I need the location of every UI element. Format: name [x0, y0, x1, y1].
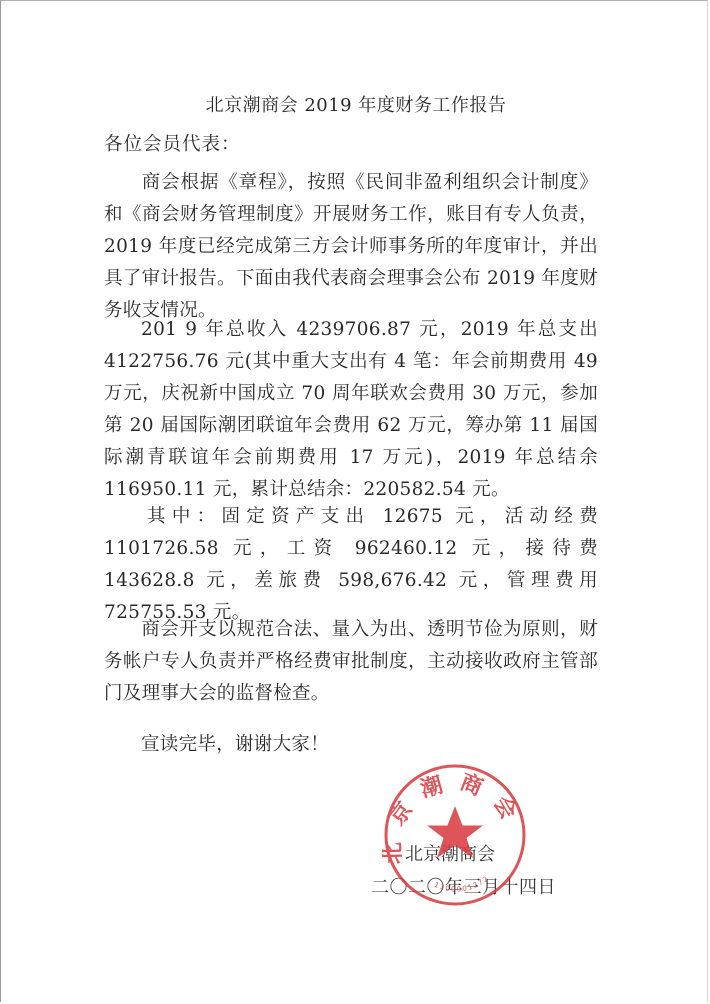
paragraph-text: 宣读完毕，谢谢大家！ — [141, 734, 329, 755]
stamp-serial: 1100001272 — [433, 874, 491, 894]
paragraph-text: 其中：固定资产支出 12675 元，活动经费 1101726.58 元，工资 9… — [104, 506, 598, 623]
paragraph-income-expense: 201 9 年总收入 4239706.87 元，2019 年总支出 412275… — [104, 314, 598, 506]
paragraph-intro: 商会根据《章程》，按照《民间非盈利组织会计制度》和《商会财务管理制度》开展财务工… — [104, 167, 598, 327]
paragraph-breakdown: 其中：固定资产支出 12675 元，活动经费 1101726.58 元，工资 9… — [104, 501, 598, 629]
svg-text:1100001272: 1100001272 — [433, 874, 491, 894]
official-seal-icon: 北京潮商会 1100001272 — [382, 762, 528, 908]
document-page: 北京潮商会 2019 年度财务工作报告 各位会员代表： 商会根据《章程》，按照《… — [0, 0, 708, 1002]
paragraph-text: 201 9 年总收入 4239706.87 元，2019 年总支出 412275… — [104, 319, 598, 500]
paragraph-principles: 商会开支以规范合法、量入为出、透明节俭为原则，财务帐户专人负责并严格经费审批制度… — [104, 614, 598, 710]
paragraph-closing: 宣读完毕，谢谢大家！ — [104, 729, 598, 761]
star-icon — [427, 806, 483, 858]
paragraph-text: 商会开支以规范合法、量入为出、透明节俭为原则，财务帐户专人负责并严格经费审批制度… — [104, 619, 598, 704]
salutation: 各位会员代表： — [104, 130, 241, 156]
paragraph-text: 商会根据《章程》，按照《民间非盈利组织会计制度》和《商会财务管理制度》开展财务工… — [104, 172, 598, 321]
document-title: 北京潮商会 2019 年度财务工作报告 — [1, 91, 710, 117]
